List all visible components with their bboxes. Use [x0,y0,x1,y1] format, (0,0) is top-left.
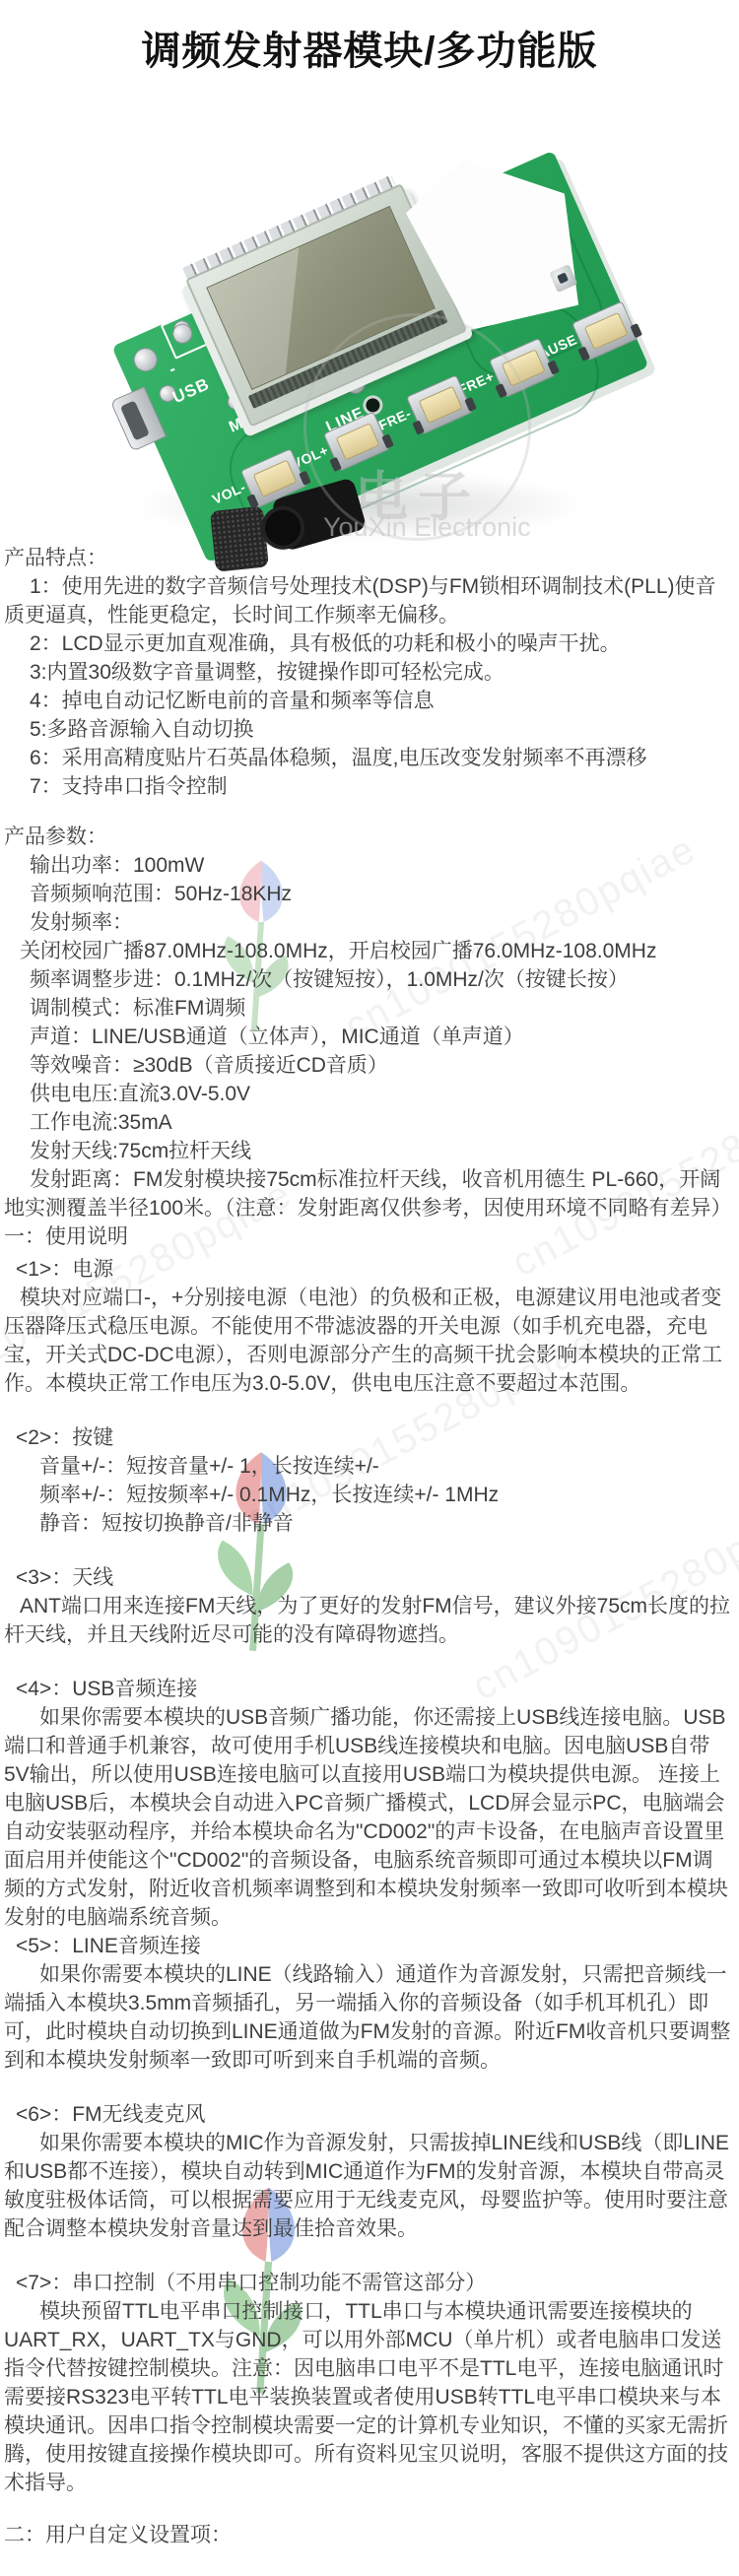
param-item: 调制模式：标准FM调频 [4,994,733,1023]
micro-usb-port [110,386,167,452]
param-item: 供电电压:直流3.0V-5.0V [4,1080,733,1108]
feature-item: 1：使用先进的数字音频信号处理技术(DSP)与FM锁相环调制技术(PLL)使音质… [4,572,733,629]
feature-item: 3:内置30级数字音量调整，按键操作即可轻松完成。 [4,658,733,687]
power-pad-minus [169,320,195,346]
usage-paragraph: 如果你需要本模块的LINE（线路输入）通道作为音源发射，只需把音频线一端插入本模… [4,1960,733,2075]
minus-sign: - [166,360,178,380]
param-item: 输出功率：100mW [4,851,733,880]
usage-sub-heading: <4>：USB音频连接 [4,1675,733,1703]
param-item: 频率调整步进：0.1MHz/次（按键短按），1.0MHz/次（按键长按） [4,965,733,994]
features-heading: 产品特点： [4,544,733,572]
feature-item: 2：LCD显示更加直观准确，具有极低的功耗和极小的噪声干扰。 [4,629,733,658]
usage-heading: 一：使用说明 [4,1222,733,1251]
button-cap [253,460,298,497]
feature-item: 6：采用高精度贴片石英晶体稳频，温度,电压改变发射频率不再漂移 [4,744,733,772]
param-item: 发射天线:75cm拉杆天线 [4,1137,733,1165]
usage-line: 频率+/-：短按频率+/- 0.1MHz，长按连续+/- 1MHz [4,1481,733,1509]
param-item: 发射频率： [4,908,733,937]
button-cap [584,312,629,350]
feature-item: 4：掉电自动记忆断电前的音量和频率等信息 [4,687,733,715]
page-title: 调频发射器模块/多功能版 [0,20,739,76]
usage-line: 音量+/-：短按音量+/- 1，长按连续+/- [4,1452,733,1481]
param-item: 音频频响范围：50Hz-18KHz [4,880,733,908]
params-heading: 产品参数： [4,823,733,851]
usage-paragraph: 如果你需要本模块的USB音频广播功能，你还需接上USB线连接电脑。USB端口和普… [4,1703,733,1932]
usage-sub-heading: <6>：FM无线麦克风 [4,2100,733,2129]
solder-pad [130,344,162,375]
usage-sub-heading: <2>：按键 [4,1423,733,1452]
description-text: 产品特点： 1：使用先进的数字音频信号处理技术(DSP)与FM锁相环调制技术(P… [0,544,739,2549]
watermark-brand-en: YouXin Electronic [323,512,531,543]
param-item: 关闭校园广播87.0MHz-108.0MHz，开启校园广播76.0MHz-108… [4,937,733,965]
usage-paragraph: 模块预留TTL电平串口控制接口，TTL串口与本模块通讯需要连接模块的UART_R… [4,2297,733,2497]
feature-item: 5:多路音源输入自动切换 [4,715,733,744]
usage-sub-heading: <5>：LINE音频连接 [4,1932,733,1960]
usage-sub-heading: <7>：串口控制（不用串口控制功能不需管这部分） [4,2269,733,2297]
product-photo: 3.0-5.0V - + USB MIC LINE VOL- VOL+ FRE-… [39,99,700,542]
footer-heading: 二：用户自定义设置项： [4,2521,733,2549]
usb-label: USB [169,374,213,408]
usage-sub-heading: <1>：电源 [4,1255,733,1284]
param-item: 声道：LINE/USB通道（立体声），MIC通道（单声道） [4,1023,733,1051]
param-item: 等效噪音：≥30dB（音质接近CD音质） [4,1051,733,1080]
feature-item: 7：支持串口指令控制 [4,772,733,801]
usage-paragraph: 如果你需要本模块的MIC作为音源发射，只需拔掉LINE线和USB线（即LINE和… [4,2129,733,2243]
usage-sub-heading: <3>：天线 [4,1563,733,1592]
usage-paragraph: ANT端口用来连接FM天线，为了更好的发射FM信号，建议外接75cm长度的拉杆天… [4,1592,733,1649]
param-item: 工作电流:35mA [4,1108,733,1137]
usage-line: 静音：短按切换静音/非静音 [4,1509,733,1538]
usage-paragraph: 模块对应端口-，+分别接电源（电池）的负极和正极，电源建议用电池或者变压器降压式… [4,1284,733,1398]
param-item: 发射距离：FM发射模块接75cm标准拉杆天线，收音机用德生 PL-660，开阔地… [4,1165,733,1222]
